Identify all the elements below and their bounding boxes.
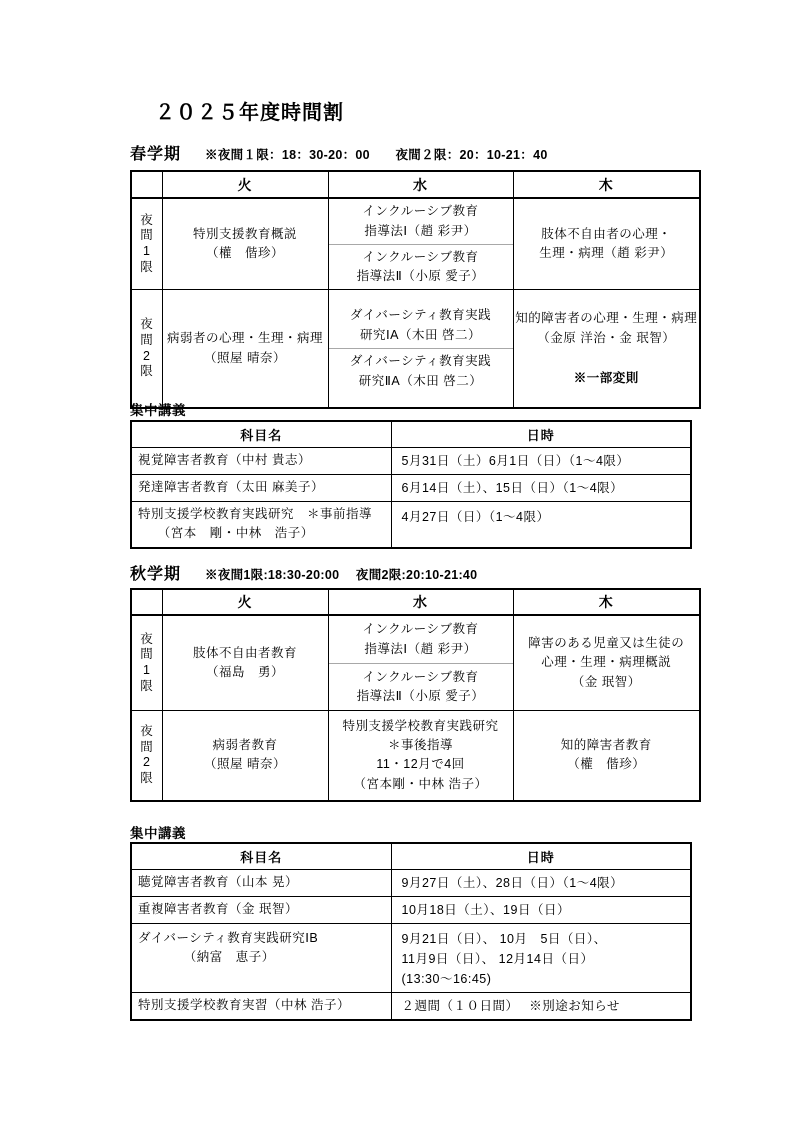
fall-p1-wed-course: インクルーシブ教育 指導法Ⅰ（趙 彩尹） インクルーシブ教育 指導法Ⅱ（小原 愛… [328, 615, 513, 711]
fall-day-header-wed: 水 [328, 589, 513, 615]
fall-weekly-table: 火 水 木 夜 間 1 限 肢体不自由者教育 （福島 勇） インクルーシブ教育 … [130, 588, 701, 802]
spring-period-times-note: ※夜間１限：18：30-20：00 夜間２限：20：10-21：40 [205, 145, 548, 163]
spring-intensive-heading: 集中講義 [130, 399, 186, 419]
spring-heading-row: 春学期 ※夜間１限：18：30-20：00 夜間２限：20：10-21：40 [130, 141, 548, 164]
fall-period1-label: 夜 間 1 限 [131, 615, 162, 711]
fall-p1-thu-course: 障害のある児童又は生徒の 心理・生理・病理概説 （金 珉智） [513, 615, 700, 711]
table-row: 重複障害者教育（金 珉智） 10月18日（土）、19日（日） [131, 897, 691, 924]
fall-semester-label: 秋学期 [130, 561, 181, 584]
spring-day-header-tue: 火 [162, 171, 328, 198]
spring-p2-thu-irregular-note: ※一部変則 [514, 369, 700, 388]
spring-intensive-col-datetime: 日時 [391, 421, 691, 448]
spring-p1-tue-course: 特別支援教育概説 （權 偕珍） [162, 198, 328, 290]
spring-intensive-subject-3: 特別支援学校教育実践研究 ＊事前指導 （宮本 剛・中林 浩子） [131, 502, 391, 548]
fall-period2-label: 夜 間 2 限 [131, 711, 162, 801]
spring-intensive-datetime-1: 5月31日（土）6月1日（日）（1～4限） [391, 448, 691, 475]
timetable-document: ２０２５年度時間割 春学期 ※夜間１限：18：30-20：00 夜間２限：20：… [0, 0, 794, 1123]
fall-p2-tue-course: 病弱者教育 （照屋 晴奈） [162, 711, 328, 801]
spring-p1-wed-course: インクルーシブ教育 指導法Ⅰ（趙 彩尹） インクルーシブ教育 指導法Ⅱ（小原 愛… [328, 198, 513, 290]
fall-intensive-table: 科目名 日時 聴覚障害者教育（山本 晃） 9月27日（土）、28日（日）（1～4… [130, 842, 692, 1021]
fall-intensive-subject-4: 特別支援学校教育実習（中林 浩子） [131, 993, 391, 1021]
fall-p1-tue-course: 肢体不自由者教育 （福島 勇） [162, 615, 328, 711]
fall-heading-row: 秋学期 ※夜間1限:18:30-20:00 夜間2限:20:10-21:40 [130, 561, 477, 584]
fall-p2-wed-course: 特別支援学校教育実践研究 ＊事後指導 11・12月で4回 （宮本剛・中林 浩子） [328, 711, 513, 801]
fall-day-header-tue: 火 [162, 589, 328, 615]
fall-intensive-subject-2: 重複障害者教育（金 珉智） [131, 897, 391, 924]
spring-day-header-thu: 木 [513, 171, 700, 198]
fall-corner-cell [131, 589, 162, 615]
spring-semester-label: 春学期 [130, 141, 181, 164]
spring-weekly-table: 火 水 木 夜 間 1 限 特別支援教育概説 （權 偕珍） インクルーシブ教育 … [130, 170, 701, 409]
fall-intensive-subject-1: 聴覚障害者教育（山本 晃） [131, 870, 391, 897]
spring-p1-thu-course: 肢体不自由者の心理・ 生理・病理（趙 彩尹） [513, 198, 700, 290]
page-title: ２０２５年度時間割 [155, 96, 344, 125]
spring-intensive-subject-2: 発達障害者教育（太田 麻美子） [131, 475, 391, 502]
spring-p2-wed-course: ダイバーシティ教育実践 研究ⅠA（木田 啓二） ダイバーシティ教育実践 研究ⅡA… [328, 290, 513, 409]
spring-p2-wed-course-top: ダイバーシティ教育実践 研究ⅠA（木田 啓二） [329, 303, 513, 348]
fall-intensive-datetime-1: 9月27日（土）、28日（日）（1～4限） [391, 870, 691, 897]
spring-p1-wed-course-top: インクルーシブ教育 指導法Ⅰ（趙 彩尹） [329, 199, 513, 244]
fall-period-times-note: ※夜間1限:18:30-20:00 夜間2限:20:10-21:40 [205, 565, 477, 583]
spring-intensive-table: 科目名 日時 視覚障害者教育（中村 貴志） 5月31日（土）6月1日（日）（1～… [130, 420, 692, 549]
fall-intensive-datetime-4: ２週間（１０日間） ※別途お知らせ [391, 993, 691, 1021]
fall-intensive-heading: 集中講義 [130, 822, 186, 842]
fall-intensive-col-subject: 科目名 [131, 843, 391, 870]
fall-intensive-datetime-3: 9月21日（日）、 10月 5日（日）、 11月9日（日）、 12月14日（日）… [391, 924, 691, 993]
spring-p1-wed-course-bottom: インクルーシブ教育 指導法Ⅱ（小原 愛子） [329, 244, 513, 289]
spring-corner-cell [131, 171, 162, 198]
spring-period2-label: 夜 間 2 限 [131, 290, 162, 409]
fall-p1-wed-course-bottom: インクルーシブ教育 指導法Ⅱ（小原 愛子） [329, 663, 513, 710]
table-row: 発達障害者教育（太田 麻美子） 6月14日（土）、15日（日）（1～4限） [131, 475, 691, 502]
fall-day-header-thu: 木 [513, 589, 700, 615]
table-row: 特別支援学校教育実習（中林 浩子） ２週間（１０日間） ※別途お知らせ [131, 993, 691, 1021]
spring-p2-wed-course-bottom: ダイバーシティ教育実践 研究ⅡA（木田 啓二） [329, 348, 513, 394]
fall-intensive-col-datetime: 日時 [391, 843, 691, 870]
spring-intensive-subject-1: 視覚障害者教育（中村 貴志） [131, 448, 391, 475]
spring-p2-tue-course: 病弱者の心理・生理・病理 （照屋 晴奈） [162, 290, 328, 409]
spring-p2-thu-course-text: 知的障害者の心理・生理・病理 （金原 洋治・金 珉智） [514, 309, 700, 348]
spring-intensive-col-subject: 科目名 [131, 421, 391, 448]
spring-intensive-datetime-3: 4月27日（日）（1～4限） [391, 502, 691, 548]
spring-p2-thu-course: 知的障害者の心理・生理・病理 （金原 洋治・金 珉智） ※一部変則 [513, 290, 700, 409]
spring-day-header-wed: 水 [328, 171, 513, 198]
table-row: 聴覚障害者教育（山本 晃） 9月27日（土）、28日（日）（1～4限） [131, 870, 691, 897]
fall-intensive-subject-3: ダイバーシティ教育実践研究ⅠB （納富 恵子） [131, 924, 391, 993]
fall-intensive-datetime-2: 10月18日（土）、19日（日） [391, 897, 691, 924]
table-row: 特別支援学校教育実践研究 ＊事前指導 （宮本 剛・中林 浩子） 4月27日（日）… [131, 502, 691, 548]
spring-period1-label: 夜 間 1 限 [131, 198, 162, 290]
table-row: 視覚障害者教育（中村 貴志） 5月31日（土）6月1日（日）（1～4限） [131, 448, 691, 475]
fall-p1-wed-course-top: インクルーシブ教育 指導法Ⅰ（趙 彩尹） [329, 616, 513, 663]
spring-intensive-datetime-2: 6月14日（土）、15日（日）（1～4限） [391, 475, 691, 502]
table-row: ダイバーシティ教育実践研究ⅠB （納富 恵子） 9月21日（日）、 10月 5日… [131, 924, 691, 993]
fall-p2-thu-course: 知的障害者教育 （權 偕珍） [513, 711, 700, 801]
